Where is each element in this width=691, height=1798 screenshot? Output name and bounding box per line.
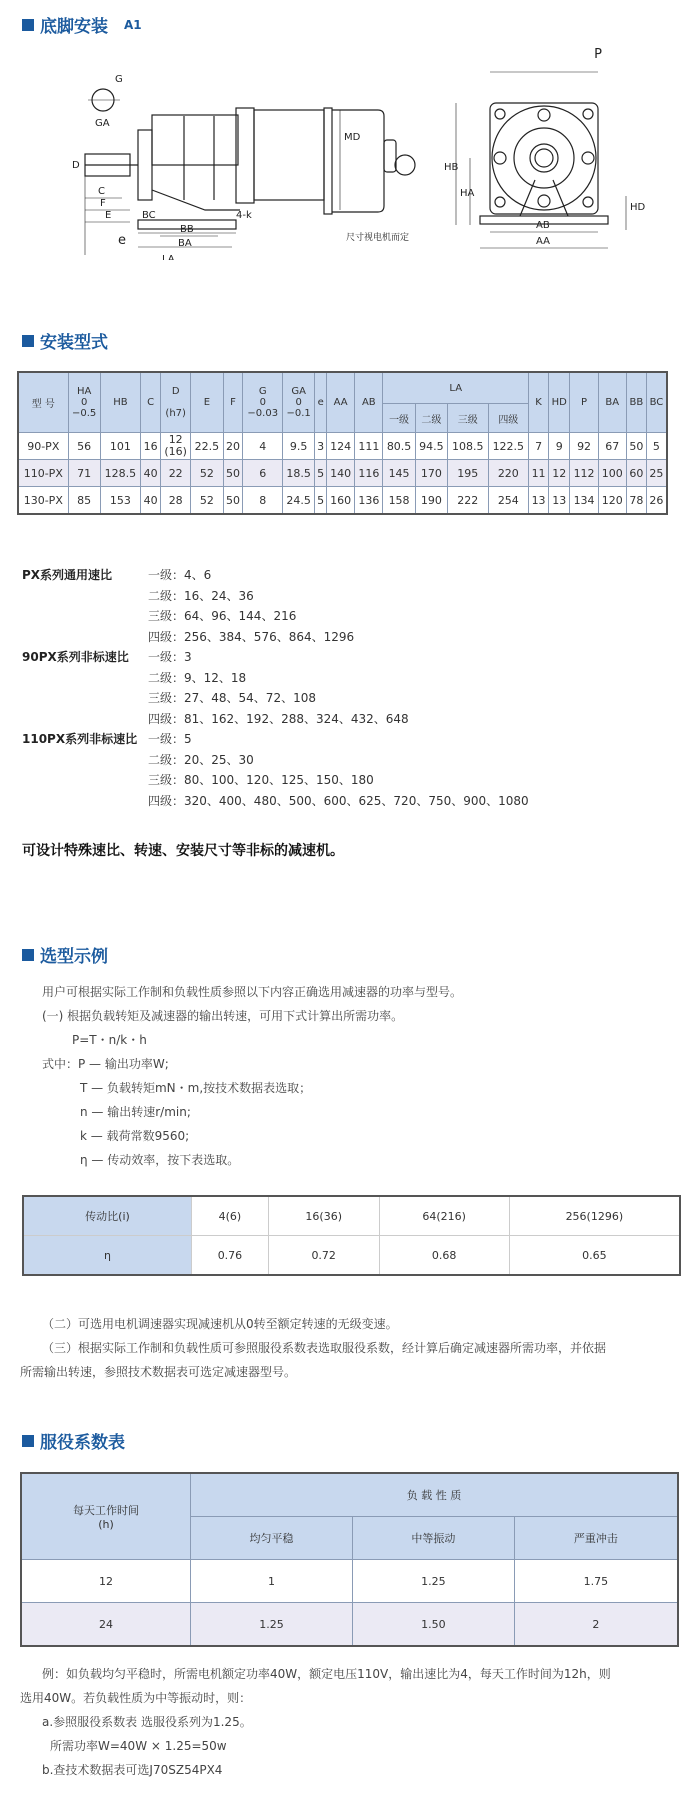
selection-step-1: (一) 根据负载转矩及减速器的输出转速，可用下式计算出所需功率。	[42, 1004, 403, 1028]
ratio-row: PX系列通用速比一级：4、6	[22, 565, 529, 586]
cell: 9.5	[283, 433, 315, 460]
cell: 52	[191, 460, 223, 487]
cell: 11	[529, 460, 549, 487]
cell: 1.50	[352, 1603, 514, 1647]
title-text: 安装型式	[40, 328, 108, 353]
cell: 52	[191, 487, 223, 515]
table-row: 24 1.25 1.50 2	[21, 1603, 678, 1647]
cell: 12	[549, 460, 570, 487]
cell: 170	[415, 460, 447, 487]
svg-text:D: D	[72, 160, 80, 171]
svg-text:e: e	[118, 233, 126, 248]
cell: 130-PX	[18, 487, 68, 515]
cell: 4	[243, 433, 283, 460]
cell: 50	[223, 487, 243, 515]
th-ba: BA	[598, 372, 626, 433]
cell: 136	[355, 487, 383, 515]
cell: 140	[327, 460, 355, 487]
cell: 195	[448, 460, 489, 487]
formula-var-p: 式中：P — 输出功率W;	[42, 1052, 169, 1076]
svg-text:AA: AA	[536, 236, 550, 247]
cell: 122.5	[488, 433, 529, 460]
ratio-text: 三级：64、96、144、216	[148, 606, 296, 627]
svg-text:BB: BB	[180, 224, 194, 235]
cell: 128.5	[100, 460, 141, 487]
svg-text:HD: HD	[630, 202, 646, 213]
ratio-text: 一级：5	[148, 729, 192, 750]
cell: 25	[646, 460, 667, 487]
th-bc: BC	[646, 372, 667, 433]
cell: 22.5	[191, 433, 223, 460]
ratio-row: 四级：81、162、192、288、324、432、648	[22, 709, 529, 730]
cell: 40	[141, 487, 161, 515]
th-k: K	[529, 372, 549, 433]
cell: 71	[68, 460, 100, 487]
svg-text:4-k: 4-k	[236, 210, 252, 221]
title-text: 选型示例	[40, 942, 108, 967]
th-bb: BB	[626, 372, 646, 433]
section-title-selection-example: 选型示例	[22, 942, 108, 967]
ratio-row: 三级：27、48、54、72、108	[22, 688, 529, 709]
table-row: 12 1 1.25 1.75	[21, 1560, 678, 1603]
cell: 1.75	[514, 1560, 678, 1603]
svg-text:LA: LA	[162, 254, 175, 260]
selection-intro: 用户可根据实际工作制和负载性质参照以下内容正确选用减速器的功率与型号。	[42, 980, 462, 1004]
cell: 112	[570, 460, 598, 487]
cell: 116	[355, 460, 383, 487]
th-g: G0−0.03	[243, 372, 283, 433]
selection-step-3: （三）根据实际工作制和负载性质可参照服役系数表选取服役系数，经计算后确定减速器所…	[42, 1336, 606, 1360]
cell: 153	[100, 487, 141, 515]
ratio-text: 三级：27、48、54、72、108	[148, 688, 316, 709]
formula-var-t: T — 负载转矩mN・m,按技术数据表选取；	[80, 1076, 311, 1100]
formula-var-n: n — 输出转速r/min;	[80, 1100, 191, 1124]
cell: 12	[21, 1560, 191, 1603]
svg-text:GA: GA	[95, 118, 110, 129]
th-c: C	[141, 372, 161, 433]
cell: 7	[529, 433, 549, 460]
th-e: e	[315, 372, 327, 433]
cell: 13	[549, 487, 570, 515]
cell: 56	[68, 433, 100, 460]
cell: 64(216)	[379, 1196, 509, 1236]
custom-design-note: 可设计特殊速比、转速、安装尺寸等非标的减速机。	[22, 840, 344, 860]
load-header: 负 载 性 质	[191, 1473, 679, 1517]
square-bullet-icon	[22, 335, 34, 347]
cell: 0.76	[192, 1236, 269, 1276]
svg-text:F: F	[100, 198, 106, 209]
page: 底脚安装 A1	[0, 0, 691, 1798]
selection-step-2: （二）可选用电机调速器实现减速机从0转至额定转速的无级变速。	[42, 1312, 398, 1336]
svg-text:C: C	[98, 186, 105, 197]
ratio-row: 三级：80、100、120、125、150、180	[22, 770, 529, 791]
cell: 22	[161, 460, 191, 487]
cell: 108.5	[448, 433, 489, 460]
cell: 78	[626, 487, 646, 515]
ratio-label: 90PX系列非标速比	[22, 647, 148, 668]
cell: 1	[191, 1560, 353, 1603]
eta-header: η	[23, 1236, 192, 1276]
svg-text:AB: AB	[536, 220, 550, 231]
ratio-row: 二级：9、12、18	[22, 668, 529, 689]
ratio-row: 四级：320、400、480、500、600、625、720、750、900、1…	[22, 791, 529, 812]
th-la: LA	[383, 372, 529, 404]
cell: 256(1296)	[509, 1196, 680, 1236]
th-p: P	[570, 372, 598, 433]
cell: 8	[243, 487, 283, 515]
cell: 16(36)	[268, 1196, 379, 1236]
cell: 26	[646, 487, 667, 515]
table-row: 传动比(i) 4(6) 16(36) 64(216) 256(1296)	[23, 1196, 680, 1236]
col-smooth: 均匀平稳	[191, 1517, 353, 1560]
th-hd: HD	[549, 372, 570, 433]
cell: 94.5	[415, 433, 447, 460]
section-title-foot-mount: 底脚安装 A1	[22, 12, 142, 37]
svg-text:G: G	[115, 74, 123, 85]
svg-text:HB: HB	[444, 162, 459, 173]
cell: 24	[21, 1603, 191, 1647]
th-ha: HA0−0.5	[68, 372, 100, 433]
svg-text:BC: BC	[142, 210, 156, 221]
hours-header: 每天工作时间(h)	[21, 1473, 191, 1560]
ratio-label	[22, 606, 148, 627]
cell: 254	[488, 487, 529, 515]
table-row: 110-PX71128.540225250618.551401161451701…	[18, 460, 667, 487]
example-line-2: 选用40W。若负载性质为中等振动时，则：	[20, 1686, 251, 1710]
svg-text:E: E	[105, 210, 111, 221]
cell: 111	[355, 433, 383, 460]
ratio-text: 二级：20、25、30	[148, 750, 254, 771]
cell: 190	[415, 487, 447, 515]
cell: 20	[223, 433, 243, 460]
example-line-1: 例：如负载均匀平稳时，所需电机额定功率40W，额定电压110V，输出速比为4，每…	[42, 1662, 611, 1686]
cell: 9	[549, 433, 570, 460]
cell: 134	[570, 487, 598, 515]
section-title-install-type: 安装型式	[22, 328, 108, 353]
ratio-label	[22, 627, 148, 648]
cell: 145	[383, 460, 415, 487]
square-bullet-icon	[22, 949, 34, 961]
cell: 101	[100, 433, 141, 460]
efficiency-table: 传动比(i) 4(6) 16(36) 64(216) 256(1296) η 0…	[22, 1195, 681, 1276]
ratio-row: 三级：64、96、144、216	[22, 606, 529, 627]
cell: 13	[529, 487, 549, 515]
cell: 1.25	[191, 1603, 353, 1647]
th-aa: AA	[327, 372, 355, 433]
cell: 2	[514, 1603, 678, 1647]
cell: 6	[243, 460, 283, 487]
cell: 220	[488, 460, 529, 487]
ratio-row: 二级：16、24、36	[22, 586, 529, 607]
title-text: 服役系数表	[40, 1428, 125, 1453]
ratio-text: 四级：320、400、480、500、600、625、720、750、900、1…	[148, 791, 529, 812]
cell: 60	[626, 460, 646, 487]
cell: 50	[626, 433, 646, 460]
power-formula: P=T・n/k・h	[72, 1028, 147, 1052]
example-line-5: b.查技术数据表可选J70SZ54PX4	[42, 1758, 222, 1782]
col-medium: 中等振动	[352, 1517, 514, 1560]
title-subscript: A1	[124, 18, 142, 32]
cell: 3	[315, 433, 327, 460]
table-row: 130-PX8515340285250824.55160136158190222…	[18, 487, 667, 515]
cell: 18.5	[283, 460, 315, 487]
spec-table: 型 号 HA0−0.5 HB C D(h7) E F G0−0.03 GA0−0…	[17, 371, 668, 515]
formula-var-k: k — 载荷常数9560;	[80, 1124, 189, 1148]
table-row: η 0.76 0.72 0.68 0.65	[23, 1236, 680, 1276]
cell: 0.72	[268, 1236, 379, 1276]
cell: 124	[327, 433, 355, 460]
cell: 160	[327, 487, 355, 515]
th-la3: 三级	[448, 404, 489, 433]
ratio-label	[22, 586, 148, 607]
th-f: F	[223, 372, 243, 433]
th-la1: 一级	[383, 404, 415, 433]
ratio-text: 一级：3	[148, 647, 192, 668]
cell: 120	[598, 487, 626, 515]
section-title-service-factor: 服役系数表	[22, 1428, 125, 1453]
col-heavy: 严重冲击	[514, 1517, 678, 1560]
ratio-label	[22, 668, 148, 689]
cell: 80.5	[383, 433, 415, 460]
th-la4: 四级	[488, 404, 529, 433]
ratio-header: 传动比(i)	[23, 1196, 192, 1236]
selection-step-3-cont: 所需输出转速，参照技术数据表可选定减速器型号。	[20, 1360, 296, 1384]
th-model: 型 号	[18, 372, 68, 433]
square-bullet-icon	[22, 19, 34, 31]
cell: 4(6)	[192, 1196, 269, 1236]
ratio-row: 90PX系列非标速比一级：3	[22, 647, 529, 668]
ratio-text: 一级：4、6	[148, 565, 211, 586]
svg-text:尺寸视电机而定: 尺寸视电机而定	[346, 231, 409, 243]
mounting-drawing: P G GA D MD C F E BC BB BA 4-k e LA HB H…	[0, 40, 691, 260]
cell: 110-PX	[18, 460, 68, 487]
cell: 5	[646, 433, 667, 460]
ratio-label: 110PX系列非标速比	[22, 729, 148, 750]
formula-var-eta: η — 传动效率，按下表选取。	[80, 1148, 239, 1172]
ratio-text: 四级：81、162、192、288、324、432、648	[148, 709, 409, 730]
example-line-3: a.参照服役系数表 选服役系列为1.25。	[42, 1710, 252, 1734]
th-ab: AB	[355, 372, 383, 433]
th-la2: 二级	[415, 404, 447, 433]
ratio-text: 三级：80、100、120、125、150、180	[148, 770, 374, 791]
cell: 67	[598, 433, 626, 460]
cell: 222	[448, 487, 489, 515]
svg-text:P: P	[594, 47, 602, 62]
cell: 92	[570, 433, 598, 460]
cell: 158	[383, 487, 415, 515]
ratio-text: 二级：9、12、18	[148, 668, 246, 689]
ratio-text: 二级：16、24、36	[148, 586, 254, 607]
cell: 85	[68, 487, 100, 515]
cell: 5	[315, 460, 327, 487]
ratio-label	[22, 688, 148, 709]
cell: 50	[223, 460, 243, 487]
cell: 12 (16)	[161, 433, 191, 460]
th-e-cap: E	[191, 372, 223, 433]
cell: 0.65	[509, 1236, 680, 1276]
ratio-list: PX系列通用速比一级：4、6 二级：16、24、36 三级：64、96、144、…	[22, 565, 529, 811]
example-line-4: 所需功率W=40W × 1.25=50w	[50, 1734, 227, 1758]
cell: 28	[161, 487, 191, 515]
cell: 100	[598, 460, 626, 487]
service-factor-table: 每天工作时间(h) 负 载 性 质 均匀平稳 中等振动 严重冲击 12 1 1.…	[20, 1472, 679, 1647]
cell: 24.5	[283, 487, 315, 515]
cell: 40	[141, 460, 161, 487]
ratio-label	[22, 770, 148, 791]
cell: 90-PX	[18, 433, 68, 460]
ratio-text: 四级：256、384、576、864、1296	[148, 627, 354, 648]
cell: 16	[141, 433, 161, 460]
cell: 5	[315, 487, 327, 515]
table-row: 90-PX561011612 (16)22.52049.5312411180.5…	[18, 433, 667, 460]
ratio-row: 110PX系列非标速比一级：5	[22, 729, 529, 750]
svg-text:BA: BA	[178, 238, 192, 249]
ratio-label	[22, 750, 148, 771]
th-hb: HB	[100, 372, 141, 433]
svg-text:HA: HA	[460, 188, 475, 199]
ratio-label	[22, 709, 148, 730]
ratio-row: 四级：256、384、576、864、1296	[22, 627, 529, 648]
square-bullet-icon	[22, 1435, 34, 1447]
ratio-row: 二级：20、25、30	[22, 750, 529, 771]
cell: 1.25	[352, 1560, 514, 1603]
svg-text:MD: MD	[344, 132, 361, 143]
title-text: 底脚安装	[40, 12, 108, 37]
cell: 0.68	[379, 1236, 509, 1276]
ratio-label: PX系列通用速比	[22, 565, 148, 586]
ratio-label	[22, 791, 148, 812]
th-d: D(h7)	[161, 372, 191, 433]
th-ga: GA0−0.1	[283, 372, 315, 433]
